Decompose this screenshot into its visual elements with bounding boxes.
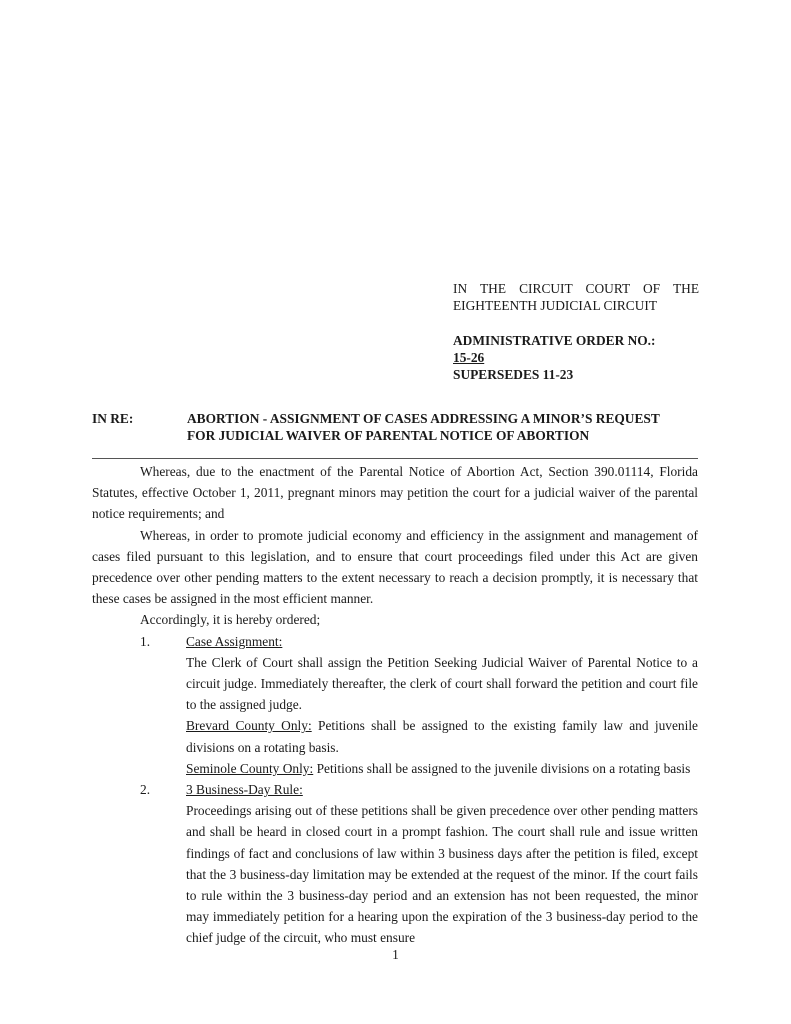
horizontal-rule bbox=[92, 458, 698, 459]
business-day-rule-paragraph: Proceedings arising out of these petitio… bbox=[92, 800, 698, 948]
seminole-county-paragraph: Seminole County Only: Petitions shall be… bbox=[92, 758, 698, 779]
ordered-clause: Accordingly, it is hereby ordered; bbox=[92, 609, 698, 630]
seminole-county-lead: Seminole County Only: bbox=[186, 761, 313, 776]
order-label: ADMINISTRATIVE ORDER NO.: bbox=[453, 332, 713, 349]
item-number: 2. bbox=[140, 779, 150, 800]
paragraph-text: Proceedings arising out of these petitio… bbox=[186, 803, 698, 945]
in-re-title-line1: ABORTION - ASSIGNMENT OF CASES ADDRESSIN… bbox=[187, 410, 707, 427]
order-item-business-day-rule: 2. 3 Business-Day Rule: bbox=[92, 779, 698, 800]
order-body: Whereas, due to the enactment of the Par… bbox=[92, 461, 698, 949]
order-item-case-assignment: 1. Case Assignment: bbox=[92, 631, 698, 652]
item-heading: 3 Business-Day Rule: bbox=[186, 782, 303, 797]
whereas-paragraph-1: Whereas, due to the enactment of the Par… bbox=[92, 461, 698, 525]
in-re-title: ABORTION - ASSIGNMENT OF CASES ADDRESSIN… bbox=[187, 410, 707, 444]
brevard-county-paragraph: Brevard County Only: Petitions shall be … bbox=[92, 715, 698, 757]
court-name-line1: IN THE CIRCUIT COURT OF THE bbox=[453, 280, 699, 297]
whereas-paragraph-2: Whereas, in order to promote judicial ec… bbox=[92, 525, 698, 610]
item-heading: Case Assignment: bbox=[186, 634, 282, 649]
paragraph-text: Petitions shall be assigned to the juven… bbox=[313, 761, 690, 776]
court-caption: IN THE CIRCUIT COURT OF THE EIGHTEENTH J… bbox=[453, 280, 699, 314]
in-re-label: IN RE: bbox=[92, 410, 133, 427]
brevard-county-lead: Brevard County Only: bbox=[186, 718, 312, 733]
case-assignment-paragraph: The Clerk of Court shall assign the Peti… bbox=[92, 652, 698, 716]
administrative-order-block: ADMINISTRATIVE ORDER NO.: 15-26 SUPERSED… bbox=[453, 332, 713, 383]
document-page: IN THE CIRCUIT COURT OF THE EIGHTEENTH J… bbox=[0, 0, 791, 1024]
item-number: 1. bbox=[140, 631, 150, 652]
supersedes-line: SUPERSEDES 11-23 bbox=[453, 366, 713, 383]
paragraph-text: The Clerk of Court shall assign the Peti… bbox=[186, 655, 698, 712]
court-name-line2: EIGHTEENTH JUDICIAL CIRCUIT bbox=[453, 297, 699, 314]
page-number: 1 bbox=[0, 947, 791, 963]
in-re-title-line2: FOR JUDICIAL WAIVER OF PARENTAL NOTICE O… bbox=[187, 427, 707, 444]
order-number: 15-26 bbox=[453, 349, 713, 366]
